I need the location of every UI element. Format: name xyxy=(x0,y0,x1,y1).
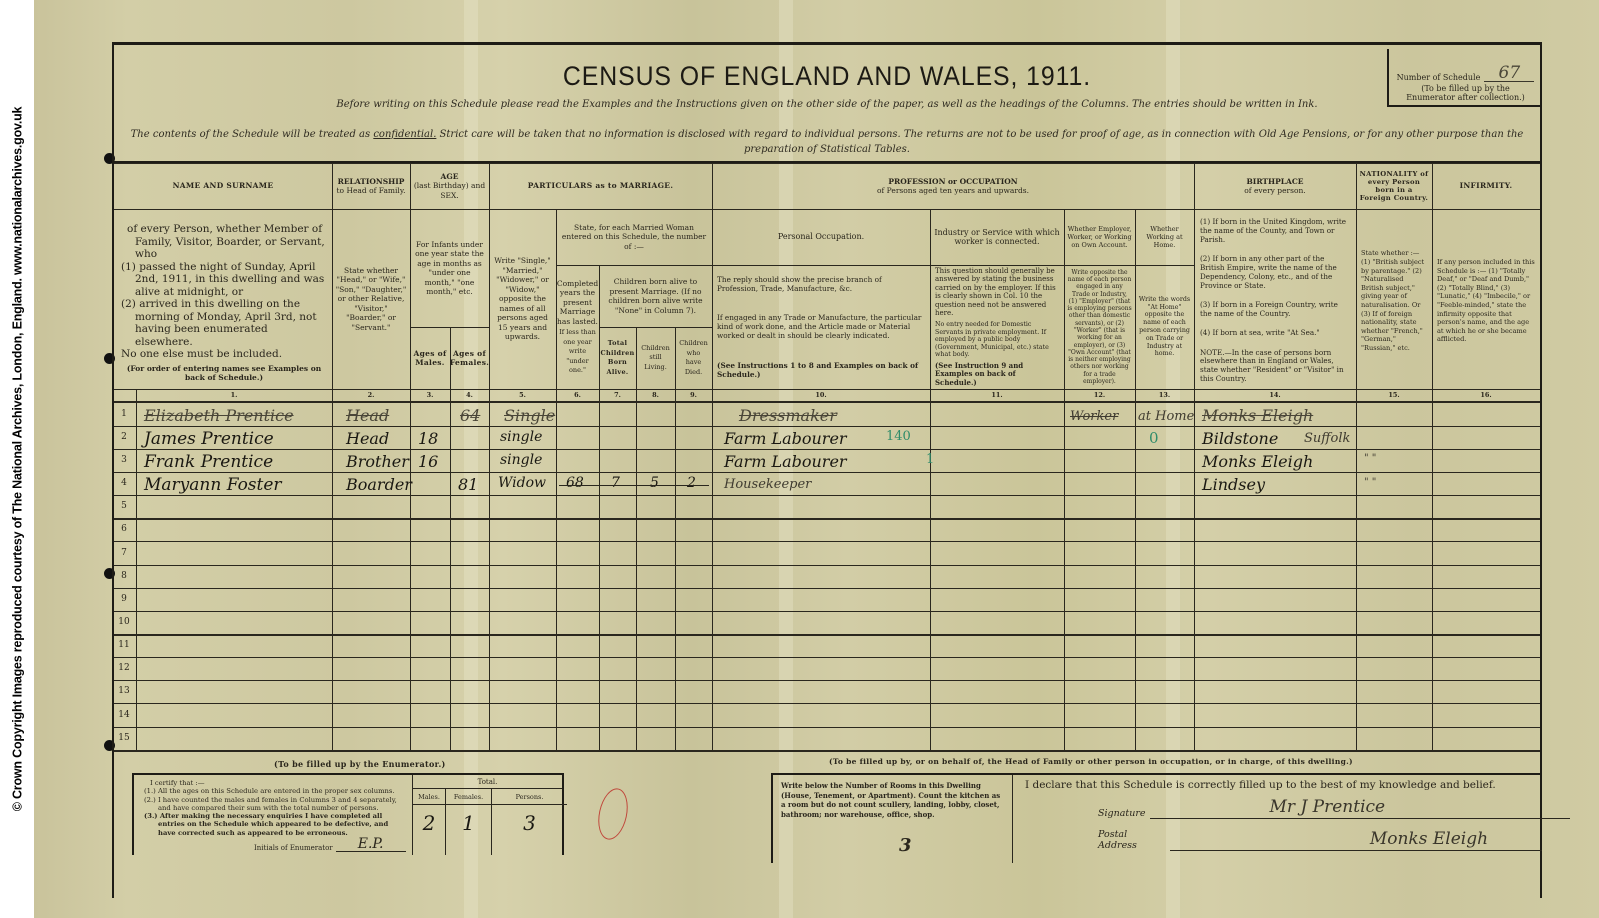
row-number: 2 xyxy=(114,432,134,442)
column-desc-condition: Write "Single," "Married," "Widower," or… xyxy=(489,209,556,389)
rooms-instruction: Write below the Number of Rooms in this … xyxy=(773,775,1013,863)
row-number: 6 xyxy=(114,524,134,534)
column-desc-birthplace: (1) If born in the United Kingdom, write… xyxy=(1197,213,1354,389)
red-circle-mark-icon xyxy=(594,786,632,843)
census-schedule: CENSUS OF ENGLAND AND WALES, 1911. Befor… xyxy=(112,42,1542,898)
column-header-children-died: Children who have Died. xyxy=(675,327,712,389)
column-header-nationality: NATIONALITY of every Person born in a Fo… xyxy=(1356,163,1432,209)
column-desc-nationality: State whether :— (1) "British subject by… xyxy=(1358,213,1430,389)
column-desc-industry: This question should generally be answer… xyxy=(932,265,1062,389)
row-number: 9 xyxy=(114,594,134,604)
column-header-females: Ages of Females. xyxy=(450,327,489,389)
row-number: 13 xyxy=(114,686,134,696)
column-header-at-home: Whether Working at Home. xyxy=(1135,209,1194,265)
row-number: 3 xyxy=(114,455,134,465)
rooms-count: 3 xyxy=(899,835,912,856)
row-number: 4 xyxy=(114,478,134,488)
row-number: 10 xyxy=(114,617,134,627)
enumerator-initials: Initials of Enumerator E.P. xyxy=(254,837,406,852)
column-desc-married-woman: State, for each Married Woman entered on… xyxy=(556,209,712,265)
schedule-number-box: Number of Schedule 67 (To be filled up b… xyxy=(1387,49,1542,107)
signature-field: Signature Mr J Prentice xyxy=(1098,801,1570,819)
total-persons: 3 xyxy=(492,811,567,835)
column-desc-age: For Infants under one year state the age… xyxy=(410,209,489,327)
confidential-notice: The contents of the Schedule will be tre… xyxy=(124,127,1530,157)
head-of-family-box: Write below the Number of Rooms in this … xyxy=(771,773,1542,863)
column-header-males: Ages of Males. xyxy=(410,327,450,389)
column-header-employer: Whether Employer, Worker, or Working on … xyxy=(1064,209,1135,265)
row-number: 7 xyxy=(114,548,134,558)
column-header-years-married: Completed years the present Marriage has… xyxy=(556,265,599,389)
column-header-total-children: Total Children Born Alive. xyxy=(599,327,636,389)
schedule-number-label: Number of Schedule xyxy=(1397,73,1481,82)
column-header-industry: Industry or Service with which worker is… xyxy=(930,209,1064,265)
column-desc-relationship: State whether "Head," or "Wife," "Son," … xyxy=(332,209,410,389)
column-header-relationship: RELATIONSHIPto Head of Family. xyxy=(332,163,410,209)
footer-section: (To be filled up by the Enumerator.) I c… xyxy=(114,751,1540,901)
column-desc-name: of every Person, whether Member of Famil… xyxy=(118,213,330,389)
postal-address-field: Postal Address Monks Eleigh xyxy=(1098,829,1542,851)
column-desc-infirmity: If any person included in this Schedule … xyxy=(1434,213,1538,389)
totals-table: Total. Males. 2 Females. 1 Persons. 3 xyxy=(412,775,562,855)
census-table: NAME AND SURNAME of every Person, whethe… xyxy=(114,161,1540,749)
row-number: 5 xyxy=(114,501,134,511)
column-desc-children: Children born alive to present Marriage.… xyxy=(599,265,712,327)
row-number: 8 xyxy=(114,571,134,581)
census-document: CENSUS OF ENGLAND AND WALES, 1911. Befor… xyxy=(34,0,1599,918)
column-header-children-living: Children still Living. xyxy=(636,327,675,389)
column-header-marriage: PARTICULARS as to MARRIAGE. xyxy=(489,163,712,209)
schedule-number: 67 xyxy=(1484,65,1534,82)
total-females: 1 xyxy=(446,811,491,835)
column-header-name: NAME AND SURNAME xyxy=(114,163,332,209)
total-males: 2 xyxy=(413,811,445,835)
column-desc-employer: Write opposite the name of each person e… xyxy=(1064,265,1135,389)
page-title: CENSUS OF ENGLAND AND WALES, 1911. xyxy=(171,61,1483,92)
row-number: 11 xyxy=(114,640,134,650)
column-header-infirmity: INFIRMITY. xyxy=(1432,163,1540,209)
credit-text: © Crown Copyright Images reproduced cour… xyxy=(10,107,24,812)
enumerator-note: (To be filled up by the Enumerator.) xyxy=(274,759,446,769)
enumerator-certification: I certify that :— (1.) All the ages on t… xyxy=(144,779,406,837)
column-header-birthplace: BIRTHPLACEof every person. xyxy=(1194,163,1356,209)
row-number: 14 xyxy=(114,710,134,720)
enumerator-box: I certify that :— (1.) All the ages on t… xyxy=(132,773,564,855)
instruction-text: Before writing on this Schedule please r… xyxy=(114,99,1540,110)
schedule-note: (To be filled up by the Enumerator after… xyxy=(1389,84,1542,102)
column-header-occupation: PROFESSION or OCCUPATIONof Persons aged … xyxy=(712,163,1194,209)
row-number: 1 xyxy=(114,409,134,419)
copyright-credit: © Crown Copyright Images reproduced cour… xyxy=(0,0,34,918)
row-number: 15 xyxy=(114,733,134,743)
column-desc-personal-occupation: The reply should show the precise branch… xyxy=(714,265,928,389)
column-header-age: AGE(last Birthday) and SEX. xyxy=(410,163,489,209)
column-desc-at-home: Write the words "At Home" opposite the n… xyxy=(1135,265,1194,389)
row-number: 12 xyxy=(114,663,134,673)
column-header-personal-occupation: Personal Occupation. xyxy=(712,209,930,265)
head-of-family-note: (To be filled up by, or on behalf of, th… xyxy=(829,757,1353,766)
declaration-text: I declare that this Schedule is correctl… xyxy=(1025,779,1496,791)
